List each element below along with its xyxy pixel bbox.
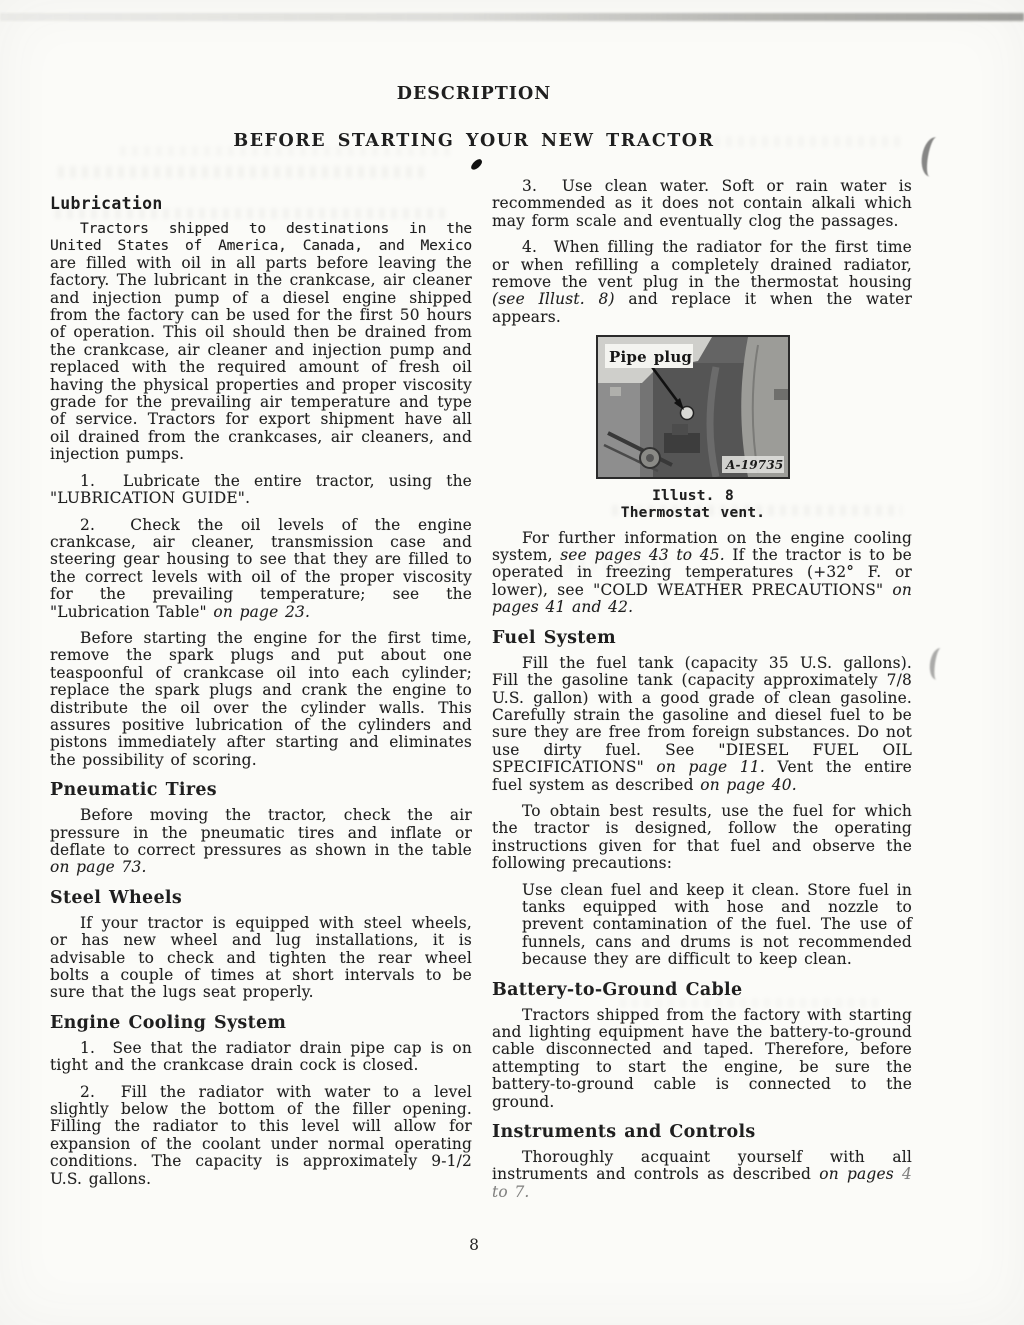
list-item-cooling-2: 2. Fill the radiator with water to a lev… (50, 1084, 472, 1188)
manual-page: DESCRIPTION BEFORE STARTING YOUR NEW TRA… (0, 0, 1024, 1325)
section-heading: Battery-to-Ground Cable (492, 981, 912, 1000)
paragraph-cooling-info: For further information on the engine co… (492, 530, 912, 617)
section-heading: Engine Cooling System (50, 1014, 472, 1033)
text-segment: 1. Lubricate the entire tractor, using t… (50, 472, 472, 507)
text-segment: If your tractor is equipped with steel w… (50, 914, 472, 1002)
section-heading: Instruments and Controls (492, 1123, 912, 1142)
text-segment: on page 73. (50, 858, 147, 876)
list-item-1: 1. Lubricate the entire tractor, using t… (50, 473, 472, 508)
section-heading: Lubrication (50, 194, 472, 213)
section-heading: Fuel System (492, 629, 912, 648)
list-item-cooling-3: 3. Use clean water. Soft or rain water i… (492, 178, 912, 230)
figure-caption-line2: Thermostat vent. (596, 505, 790, 522)
text-segment: To obtain best results, use the fuel for… (492, 802, 912, 872)
paragraph-lubrication-intro: Tractors shipped to destinations in the … (50, 220, 472, 464)
paragraph-fuel-fill: Fill the fuel tank (capacity 35 U.S. gal… (492, 655, 912, 794)
page-title: BEFORE STARTING YOUR NEW TRACTOR (0, 131, 948, 151)
photo-code: A-19735 (725, 458, 783, 472)
text-segment: on page 11. (656, 758, 765, 776)
text-segment: 3. Use clean water. Soft or rain water i… (492, 177, 912, 230)
paragraph-fuel-results: To obtain best results, use the fuel for… (492, 803, 912, 873)
list-item-2: 2. Check the oil levels of the engine cr… (50, 517, 472, 621)
right-column: 3. Use clean water. Soft or rain water i… (492, 178, 912, 1210)
paragraph-fuel-precaution: Use clean fuel and keep it clean. Store … (522, 882, 912, 969)
bracket (664, 433, 700, 453)
figure-caption-line1: Illust. 8 (596, 488, 790, 505)
text-segment: Tractors shipped from the factory with s… (492, 1006, 912, 1111)
photo-canvas: Pipe plug A-19735 (596, 335, 790, 479)
paragraph-steel-wheels: If your tractor is equipped with steel w… (50, 915, 472, 1002)
text-segment: 2. Fill the radiator with water to a lev… (50, 1083, 472, 1188)
text-segment: are filled with oil in all parts before … (50, 254, 472, 463)
nut-center (646, 454, 654, 462)
paragraph-spark-plugs: Before starting the engine for the first… (50, 630, 472, 769)
paragraph-tires: Before moving the tractor, check the air… (50, 807, 472, 877)
scan-artifact-band (0, 13, 1024, 21)
small-fitting (610, 387, 621, 396)
figure-caption: Illust. 8 Thermostat vent. (596, 488, 790, 522)
pipe-plug-label: Pipe plug (609, 348, 692, 366)
page-kicker: DESCRIPTION (0, 84, 948, 104)
ink-blot (469, 158, 484, 172)
page-number: 8 (414, 1236, 534, 1254)
list-item-cooling-4: 4. When filling the radiator for the fir… (492, 239, 912, 326)
text-segment: 4. When filling the radiator for the fir… (492, 238, 912, 291)
housing-notch (774, 389, 788, 400)
text-segment: on page 40. (700, 776, 797, 794)
thermostat-vent-photo: Pipe plug A-19735 (596, 335, 790, 483)
text-segment: 1. See that the radiator drain pipe cap … (50, 1039, 472, 1074)
scan-smudge (58, 166, 428, 178)
list-item-cooling-1: 1. See that the radiator drain pipe cap … (50, 1040, 472, 1075)
text-segment: see pages 43 to 45. (560, 546, 725, 564)
paragraph-instruments: Thoroughly acquaint yourself with all in… (492, 1149, 912, 1201)
text-segment: on pages (819, 1165, 902, 1183)
bracket-top (672, 424, 688, 435)
text-segment: Use clean fuel and keep it clean. Store … (522, 881, 912, 969)
paragraph-battery: Tractors shipped from the factory with s… (492, 1007, 912, 1111)
text-segment: Before starting the engine for the first… (50, 629, 472, 769)
figure-block: Pipe plug A-19735 Illust. 8 Thermostat v… (492, 335, 912, 521)
text-segment: on page 23. (213, 603, 310, 621)
pen-mark (928, 647, 949, 681)
text-segment: Tractors shipped to destinations in the … (50, 220, 472, 254)
section-heading: Pneumatic Tires (50, 781, 472, 800)
section-heading: Steel Wheels (50, 889, 472, 908)
text-segment: (see Illust. 8) (492, 290, 615, 308)
left-column: LubricationTractors shipped to destinati… (50, 182, 472, 1197)
text-segment: Before moving the tractor, check the air… (50, 806, 472, 859)
